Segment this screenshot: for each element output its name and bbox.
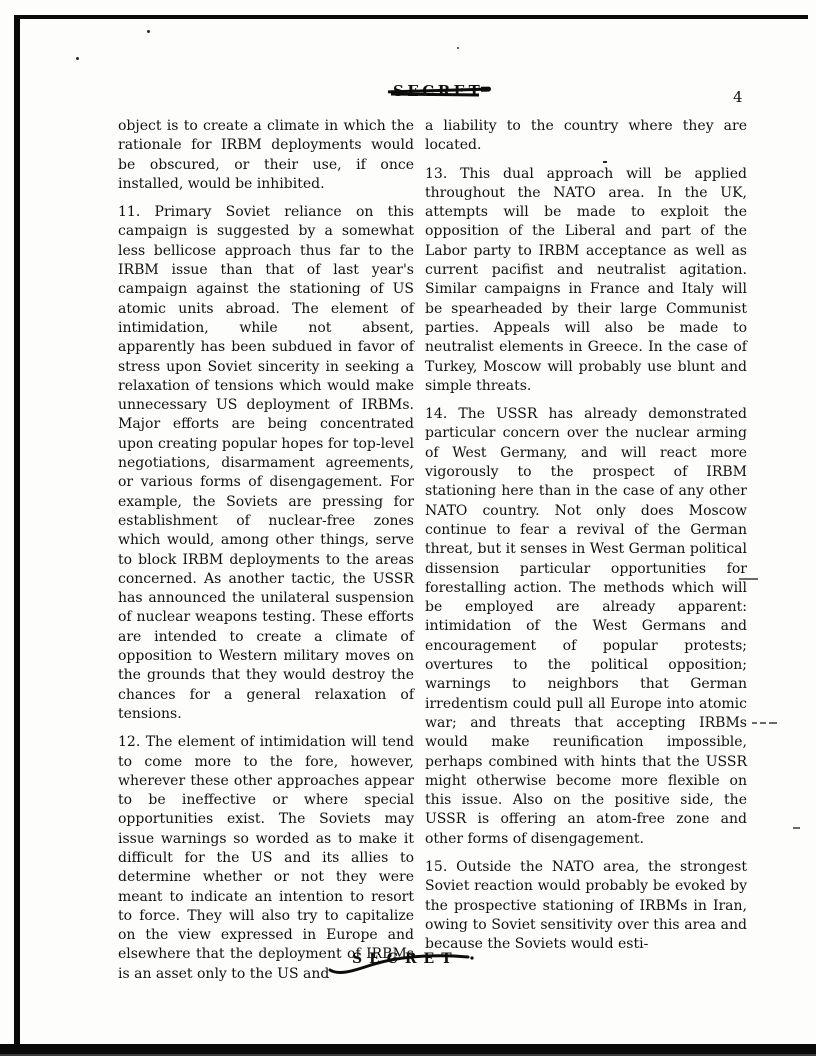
- paragraph-continuation: a liability to the country where they ar…: [425, 117, 747, 156]
- margin-mark: [793, 827, 800, 829]
- classification-header: SECRET: [393, 82, 483, 100]
- scan-speck: [76, 57, 79, 60]
- document-page: SECRET 4 object is to create a climate i…: [0, 0, 816, 1056]
- scan-speck: [457, 47, 459, 49]
- paragraph-14: 14. The USSR has already demonstrated pa…: [425, 405, 747, 849]
- paragraph-15: 15. Outside the NATO area, the strongest…: [425, 858, 747, 954]
- right-column: a liability to the country where they ar…: [425, 117, 747, 963]
- paragraph-13: 13. This dual approach will be applied t…: [425, 165, 747, 397]
- scan-speck: [147, 30, 150, 33]
- margin-mark: [752, 722, 757, 724]
- page-number: 4: [733, 88, 743, 106]
- scan-speck: [603, 161, 607, 163]
- strikethrough-swoosh: [326, 942, 476, 976]
- scan-border-bottom: [0, 1044, 816, 1054]
- scan-border-top: [14, 15, 808, 19]
- margin-mark: [760, 722, 766, 724]
- left-column: object is to create a climate in which t…: [118, 117, 414, 993]
- paragraph-11: 11. Primary Soviet reliance on this camp…: [118, 203, 414, 724]
- margin-mark: [769, 722, 777, 724]
- scan-border-left: [14, 15, 20, 1047]
- margin-mark: [739, 578, 758, 580]
- paragraph-continuation: object is to create a climate in which t…: [118, 117, 414, 194]
